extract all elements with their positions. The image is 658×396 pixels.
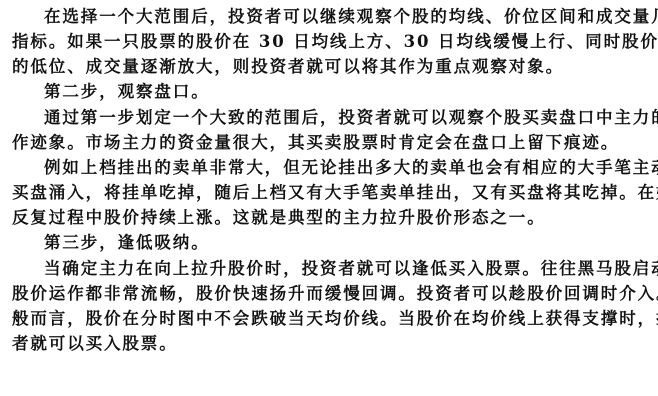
paragraph-1-line-1: 在选择一个大范围后，投资者可以继续观察个股的均线、价位区间和成交量几个	[44, 6, 646, 28]
paragraph-3-line-1: 例如上档挂出的卖单非常大，但无论挂出多大的卖单也会有相应的大手笔主动性	[44, 157, 646, 179]
paragraph-1-line-2: 指标。如果一只股票的股价在 30 日均线上方、30 日均线缓慢上行、同时股价处于…	[12, 31, 646, 53]
paragraph-4-line-4: 者就可以买入股票。	[12, 333, 178, 355]
paragraph-4-line-1: 当确定主力在向上拉升股价时，投资者就可以逢低买入股票。往往黑马股启动时	[44, 258, 646, 280]
paragraph-2-line-1: 通过第一步划定一个大致的范围后，投资者就可以观察个股买卖盘口中主力的运	[44, 107, 646, 129]
step-2-heading: 第二步，观察盘口。	[44, 81, 210, 103]
paragraph-4-line-3: 般而言，股价在分时图中不会跌破当天均价线。当股价在均价线上获得支撑时，投资	[12, 308, 646, 330]
paragraph-2-line-2: 作迹象。市场主力的资金量很大，其买卖股票时肯定会在盘口上留下痕迹。	[12, 132, 619, 154]
paragraph-3-line-3: 反复过程中股价持续上涨。这就是典型的主力拉升股价形态之一。	[12, 207, 546, 229]
paragraph-4-line-2: 股价运作都非常流畅，股价快速扬升而缓慢回调。投资者可以趁股价回调时介入。一	[12, 283, 646, 305]
paragraph-3-line-2: 买盘涌入，将挂单吃掉，随后上档又有大手笔卖单挂出，又有买盘将其吃掉。在如此	[12, 182, 646, 204]
paragraph-1-line-3: 的低位、成交量逐渐放大，则投资者就可以将其作为重点观察对象。	[12, 56, 564, 78]
step-3-heading: 第三步，逢低吸纳。	[44, 232, 210, 254]
